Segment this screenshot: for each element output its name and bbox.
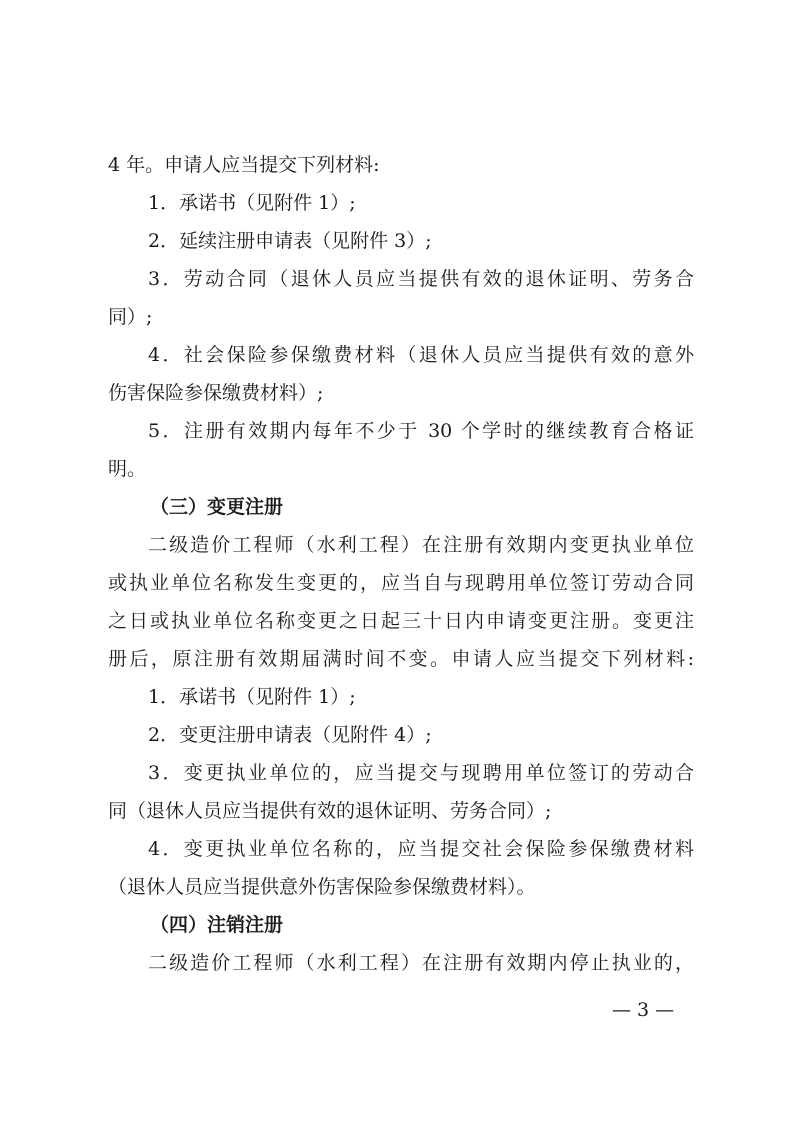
section-heading: （四）注销注册 bbox=[150, 911, 736, 939]
text-line: 4 年。申请人应当提交下列材料: bbox=[108, 151, 694, 179]
text-line: 4．社会保险参保缴费材料（退休人员应当提供有效的意外 bbox=[148, 341, 694, 369]
text-line: 同（退休人员应当提供有效的退休证明、劳务合同）; bbox=[108, 797, 694, 825]
text-line: 3．劳动合同（退休人员应当提供有效的退休证明、劳务合 bbox=[148, 265, 694, 293]
text-line: 4．变更执业单位名称的，应当提交社会保险参保缴费材料 bbox=[148, 835, 694, 863]
text-line: 2．延续注册申请表（见附件 3）; bbox=[148, 227, 694, 255]
text-line: 伤害保险参保缴费材料）; bbox=[108, 379, 694, 407]
text-line: 2．变更注册申请表（见附件 4）; bbox=[148, 721, 694, 749]
page-number: — 3 — bbox=[612, 996, 674, 1024]
text-line: 册后，原注册有效期届满时间不变。申请人应当提交下列材料: bbox=[108, 645, 694, 673]
text-line: 1．承诺书（见附件 1）; bbox=[148, 189, 694, 217]
text-line: 明。 bbox=[108, 455, 694, 483]
text-line: 5．注册有效期内每年不少于 30 个学时的继续教育合格证 bbox=[148, 417, 694, 445]
text-line: （退休人员应当提供意外伤害保险参保缴费材料）。 bbox=[108, 873, 694, 901]
text-line: 3．变更执业单位的，应当提交与现聘用单位签订的劳动合 bbox=[148, 759, 694, 787]
text-line: 同）; bbox=[108, 303, 694, 331]
text-line: 1．承诺书（见附件 1）; bbox=[148, 683, 694, 711]
text-line: 之日或执业单位名称变更之日起三十日内申请变更注册。变更注 bbox=[108, 607, 694, 635]
text-line: 二级造价工程师（水利工程）在注册有效期内停止执业的， bbox=[148, 949, 694, 977]
document-page: 4 年。申请人应当提交下列材料:1．承诺书（见附件 1）;2．延续注册申请表（见… bbox=[0, 0, 794, 1123]
text-line: 二级造价工程师（水利工程）在注册有效期内变更执业单位 bbox=[148, 531, 694, 559]
text-line: 或执业单位名称发生变更的，应当自与现聘用单位签订劳动合同 bbox=[108, 569, 694, 597]
section-heading: （三）变更注册 bbox=[150, 493, 736, 521]
